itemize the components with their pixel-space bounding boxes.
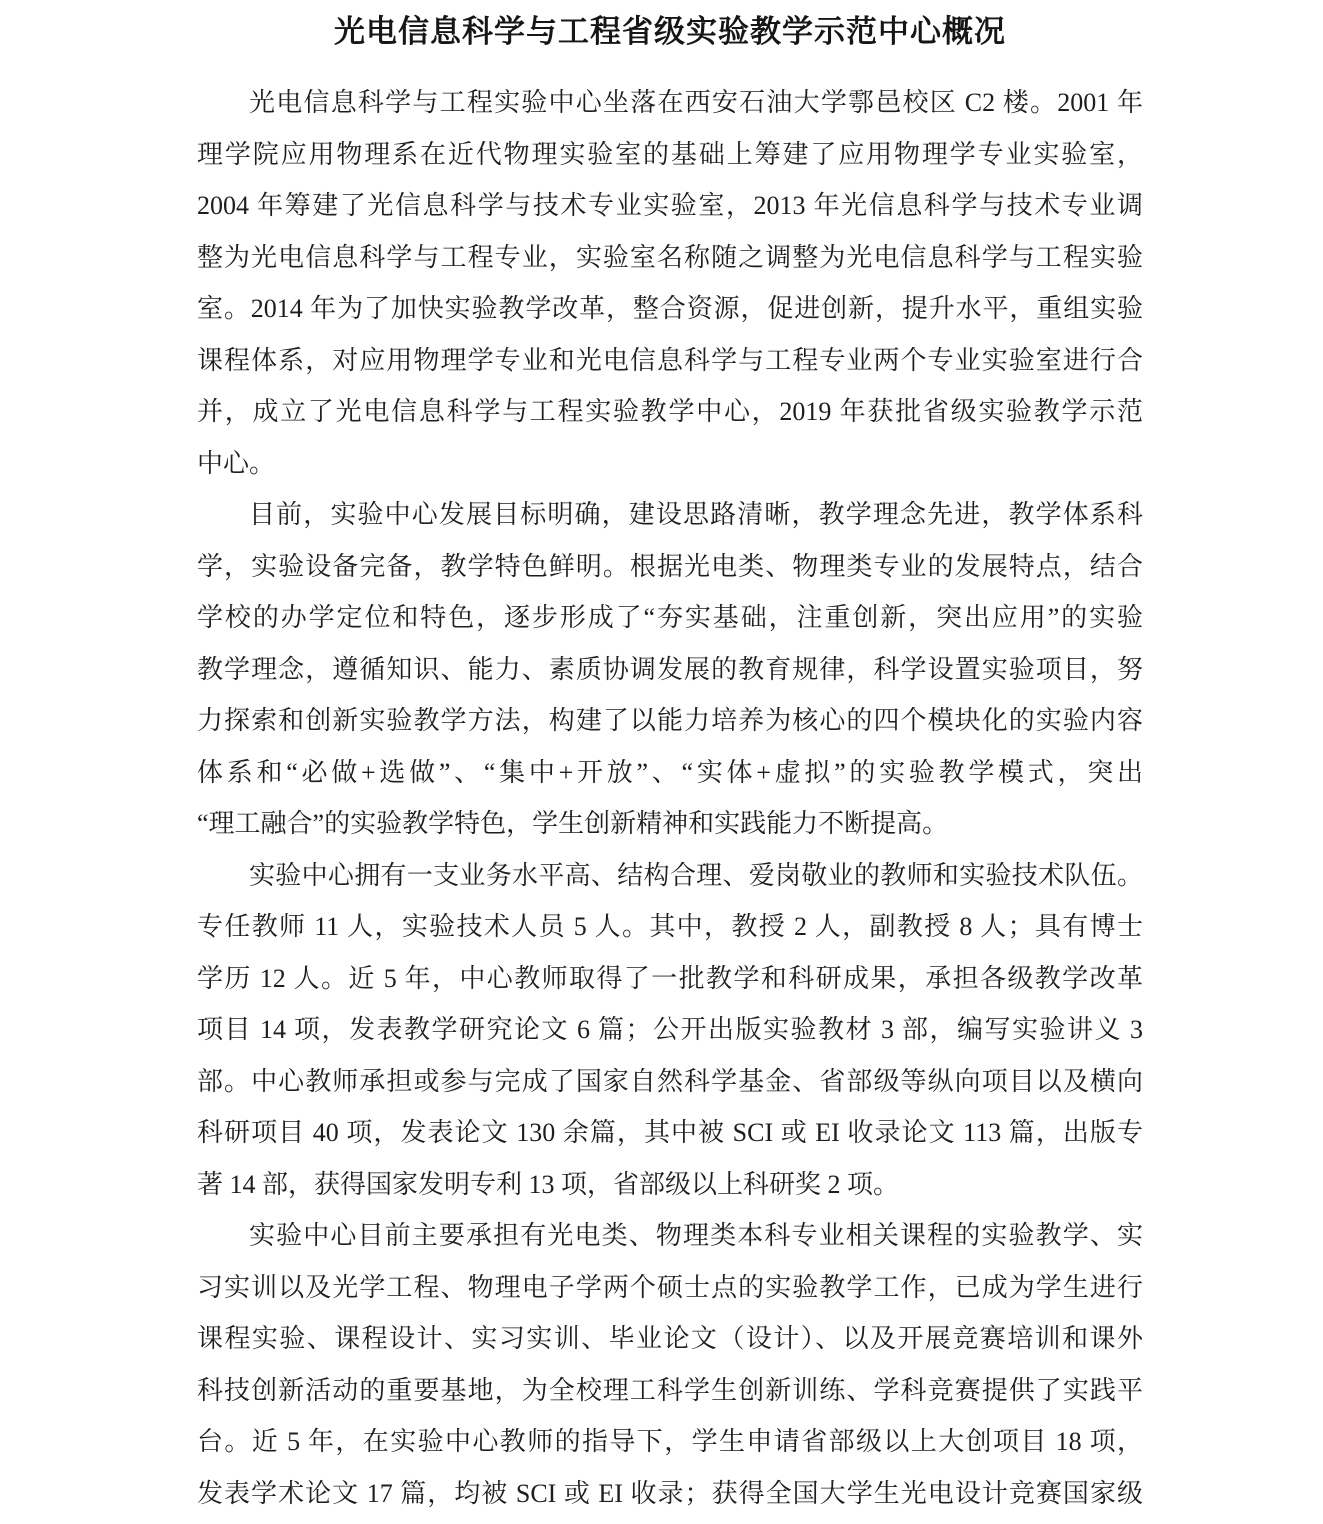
text-line: 整为光电信息科学与工程专业，实验室名称随之调整为光电信息科学与工程实验	[197, 232, 1143, 284]
text-line: 著 14 部，获得国家发明专利 13 项，省部级以上科研奖 2 项。	[197, 1159, 1143, 1211]
text-line: 力探索和创新实验教学方法，构建了以能力培养为核心的四个模块化的实验内容	[197, 695, 1143, 747]
document-page: 光电信息科学与工程省级实验教学示范中心概况 光电信息科学与工程实验中心坐落在西安…	[0, 0, 1323, 1524]
text-line: 教学理念，遵循知识、能力、素质协调发展的教育规律，科学设置实验项目，努	[197, 644, 1143, 696]
text-line: 体系和“必做+选做”、“集中+开放”、“实体+虚拟”的实验教学模式，突出	[197, 747, 1143, 799]
text-line: 科研项目 40 项，发表论文 130 余篇，其中被 SCI 或 EI 收录论文 …	[197, 1107, 1143, 1159]
text-line: 室。2014 年为了加快实验教学改革，整合资源，促进创新，提升水平，重组实验	[197, 283, 1143, 335]
text-line: 中心。	[197, 438, 1143, 490]
text-line: “理工融合”的实验教学特色，学生创新精神和实践能力不断提高。	[197, 798, 1143, 850]
text-line: 实验中心目前主要承担有光电类、物理类本科专业相关课程的实验教学、实	[197, 1210, 1143, 1262]
text-line: 专任教师 11 人，实验技术人员 5 人。其中，教授 2 人，副教授 8 人；具…	[197, 901, 1143, 953]
text-line: 课程体系，对应用物理学专业和光电信息科学与工程专业两个专业实验室进行合	[197, 335, 1143, 387]
text-line: 习实训以及光学工程、物理电子学两个硕士点的实验教学工作，已成为学生进行	[197, 1262, 1143, 1314]
text-line: 台。近 5 年，在实验中心教师的指导下，学生申请省部级以上大创项目 18 项，	[197, 1416, 1143, 1468]
text-line: 项目 14 项，发表教学研究论文 6 篇；公开出版实验教材 3 部，编写实验讲义…	[197, 1004, 1143, 1056]
text-line: 发表学术论文 17 篇，均被 SCI 或 EI 收录；获得全国大学生光电设计竞赛…	[197, 1468, 1143, 1520]
page-title: 光电信息科学与工程省级实验教学示范中心概况	[197, 0, 1143, 52]
text-line: 实验中心拥有一支业务水平高、结构合理、爱岗敬业的教师和实验技术队伍。	[197, 850, 1143, 902]
text-line: 科技创新活动的重要基地，为全校理工科学生创新训练、学科竞赛提供了实践平	[197, 1365, 1143, 1417]
text-line: 光电信息科学与工程实验中心坐落在西安石油大学鄠邑校区 C2 楼。2001 年	[197, 77, 1143, 129]
text-line: 理学院应用物理系在近代物理实验室的基础上筹建了应用物理学专业实验室，	[197, 129, 1143, 181]
text-line: 课程实验、课程设计、实习实训、毕业论文（设计）、以及开展竞赛培训和课外	[197, 1313, 1143, 1365]
text-line: 2004 年筹建了光信息科学与技术专业实验室，2013 年光信息科学与技术专业调	[197, 180, 1143, 232]
text-line: 学校的办学定位和特色，逐步形成了“夯实基础，注重创新，突出应用”的实验	[197, 592, 1143, 644]
text-line: 部。中心教师承担或参与完成了国家自然科学基金、省部级等纵向项目以及横向	[197, 1056, 1143, 1108]
text-line: 并，成立了光电信息科学与工程实验教学中心，2019 年获批省级实验教学示范	[197, 386, 1143, 438]
document-body: 光电信息科学与工程实验中心坐落在西安石油大学鄠邑校区 C2 楼。2001 年 理…	[197, 77, 1143, 1519]
text-line: 目前，实验中心发展目标明确，建设思路清晰，教学理念先进，教学体系科	[197, 489, 1143, 541]
document-content: 光电信息科学与工程省级实验教学示范中心概况 光电信息科学与工程实验中心坐落在西安…	[197, 0, 1143, 1519]
text-line: 学历 12 人。近 5 年，中心教师取得了一批教学和科研成果，承担各级教学改革	[197, 953, 1143, 1005]
text-line: 学，实验设备完备，教学特色鲜明。根据光电类、物理类专业的发展特点，结合	[197, 541, 1143, 593]
